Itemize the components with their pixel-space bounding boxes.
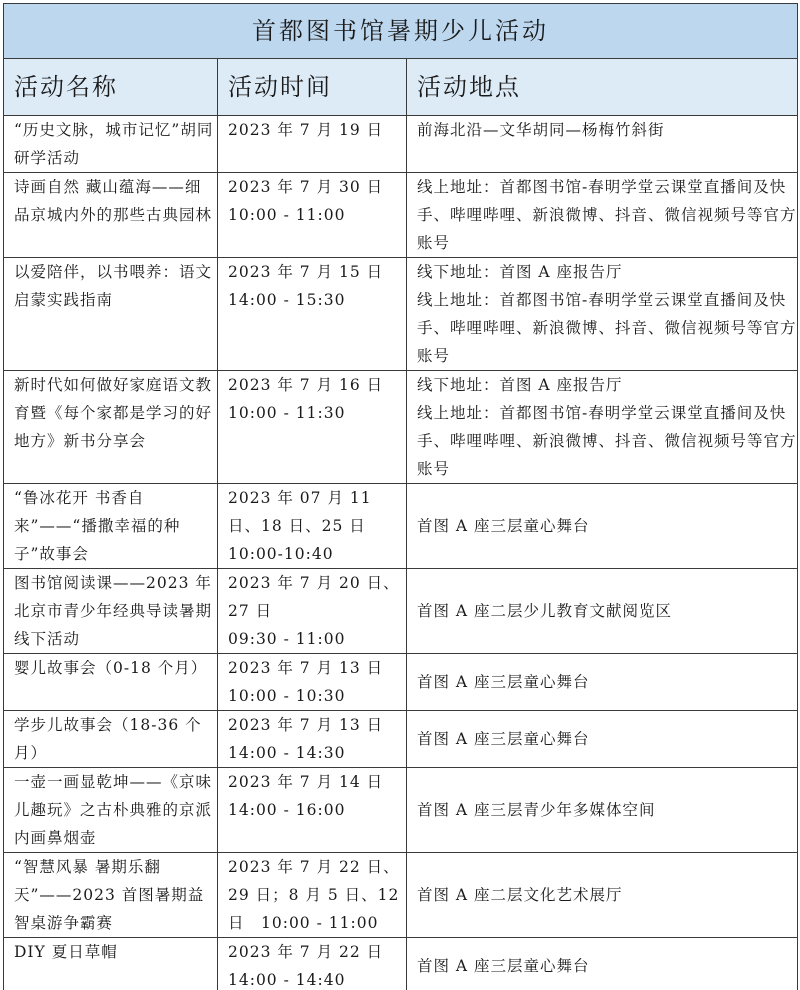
header-activity-place: 活动地点 (407, 59, 798, 116)
activity-place: 首图 A 座二层少儿教育文献阅览区 (407, 569, 798, 654)
activity-time: 2023 年 7 月 14 日14:00 - 16:00 (218, 768, 407, 853)
table-row: 诗画自然 藏山蕴海——细品京城内外的那些古典园林 2023 年 7 月 30 日… (4, 173, 798, 258)
title-row: 首都图书馆暑期少儿活动 (4, 4, 798, 59)
activity-place: 首图 A 座三层童心舞台 (407, 654, 798, 711)
activity-place: 首图 A 座三层青少年多媒体空间 (407, 768, 798, 853)
activity-place: 首图 A 座三层童心舞台 (407, 711, 798, 768)
header-activity-time: 活动时间 (218, 59, 407, 116)
header-row: 活动名称 活动时间 活动地点 (4, 59, 798, 116)
table-row: 一壶一画显乾坤——《京味儿趣玩》之古朴典雅的京派内画鼻烟壶 2023 年 7 月… (4, 768, 798, 853)
activity-time: 2023 年 7 月 15 日14:00 - 15:30 (218, 258, 407, 371)
activity-time: 2023 年 7 月 13 日14:00 - 14:30 (218, 711, 407, 768)
table-row: DIY 夏日草帽 2023 年 7 月 22 日14:00 - 14:40 首图… (4, 938, 798, 990)
table-row: “鲁冰花开 书香自来”——“播撒幸福的种子”故事会 2023 年 07 月 11… (4, 484, 798, 569)
table-row: “历史文脉，城市记忆”胡同研学活动 2023 年 7 月 19 日 前海北沿—文… (4, 116, 798, 173)
activity-time: 2023 年 7 月 20 日、27 日09:30 - 11:00 (218, 569, 407, 654)
activity-place: 线上地址：首都图书馆-春明学堂云课堂直播间及快手、哔哩哔哩、新浪微博、抖音、微信… (407, 173, 798, 258)
activity-name: 婴儿故事会（0-18 个月） (4, 654, 218, 711)
activity-name: “鲁冰花开 书香自来”——“播撒幸福的种子”故事会 (4, 484, 218, 569)
table-title: 首都图书馆暑期少儿活动 (4, 4, 798, 59)
activity-name: 图书馆阅读课——2023 年北京市青少年经典导读暑期线下活动 (4, 569, 218, 654)
activity-time: 2023 年 7 月 22 日14:00 - 14:40 (218, 938, 407, 990)
activity-time: 2023 年 7 月 19 日 (218, 116, 407, 173)
table-row: 学步儿故事会（18-36 个月） 2023 年 7 月 13 日14:00 - … (4, 711, 798, 768)
table-row: 婴儿故事会（0-18 个月） 2023 年 7 月 13 日10:00 - 10… (4, 654, 798, 711)
activity-name: “历史文脉，城市记忆”胡同研学活动 (4, 116, 218, 173)
activity-time: 2023 年 07 月 11 日、18 日、25 日10:00-10:40 (218, 484, 407, 569)
activity-name: “智慧风暴 暑期乐翻天”——2023 首图暑期益智桌游争霸赛 (4, 853, 218, 938)
activity-place: 线下地址：首图 A 座报告厅线上地址：首都图书馆-春明学堂云课堂直播间及快手、哔… (407, 371, 798, 484)
header-activity-name: 活动名称 (4, 59, 218, 116)
activity-name: 一壶一画显乾坤——《京味儿趣玩》之古朴典雅的京派内画鼻烟壶 (4, 768, 218, 853)
activity-time: 2023 年 7 月 30 日10:00 - 11:00 (218, 173, 407, 258)
activity-name: 诗画自然 藏山蕴海——细品京城内外的那些古典园林 (4, 173, 218, 258)
activity-place: 首图 A 座三层童心舞台 (407, 938, 798, 990)
table-row: 以爱陪伴，以书喂养：语文启蒙实践指南 2023 年 7 月 15 日14:00 … (4, 258, 798, 371)
activity-place: 线下地址：首图 A 座报告厅线上地址：首都图书馆-春明学堂云课堂直播间及快手、哔… (407, 258, 798, 371)
activity-place: 前海北沿—文华胡同—杨梅竹斜街 (407, 116, 798, 173)
activity-name: 以爱陪伴，以书喂养：语文启蒙实践指南 (4, 258, 218, 371)
table-row: 图书馆阅读课——2023 年北京市青少年经典导读暑期线下活动 2023 年 7 … (4, 569, 798, 654)
table-row: 新时代如何做好家庭语文教育暨《每个家都是学习的好地方》新书分享会 2023 年 … (4, 371, 798, 484)
activity-time: 2023 年 7 月 13 日10:00 - 10:30 (218, 654, 407, 711)
activity-time: 2023 年 7 月 22 日、29 日；8 月 5 日、12 日 10:00 … (218, 853, 407, 938)
activity-time: 2023 年 7 月 16 日10:00 - 11:30 (218, 371, 407, 484)
activity-name: 新时代如何做好家庭语文教育暨《每个家都是学习的好地方》新书分享会 (4, 371, 218, 484)
activity-place: 首图 A 座三层童心舞台 (407, 484, 798, 569)
activity-schedule-table: 首都图书馆暑期少儿活动 活动名称 活动时间 活动地点 “历史文脉，城市记忆”胡同… (3, 3, 798, 990)
activity-name: DIY 夏日草帽 (4, 938, 218, 990)
activity-place: 首图 A 座二层文化艺术展厅 (407, 853, 798, 938)
table-row: “智慧风暴 暑期乐翻天”——2023 首图暑期益智桌游争霸赛 2023 年 7 … (4, 853, 798, 938)
activity-name: 学步儿故事会（18-36 个月） (4, 711, 218, 768)
